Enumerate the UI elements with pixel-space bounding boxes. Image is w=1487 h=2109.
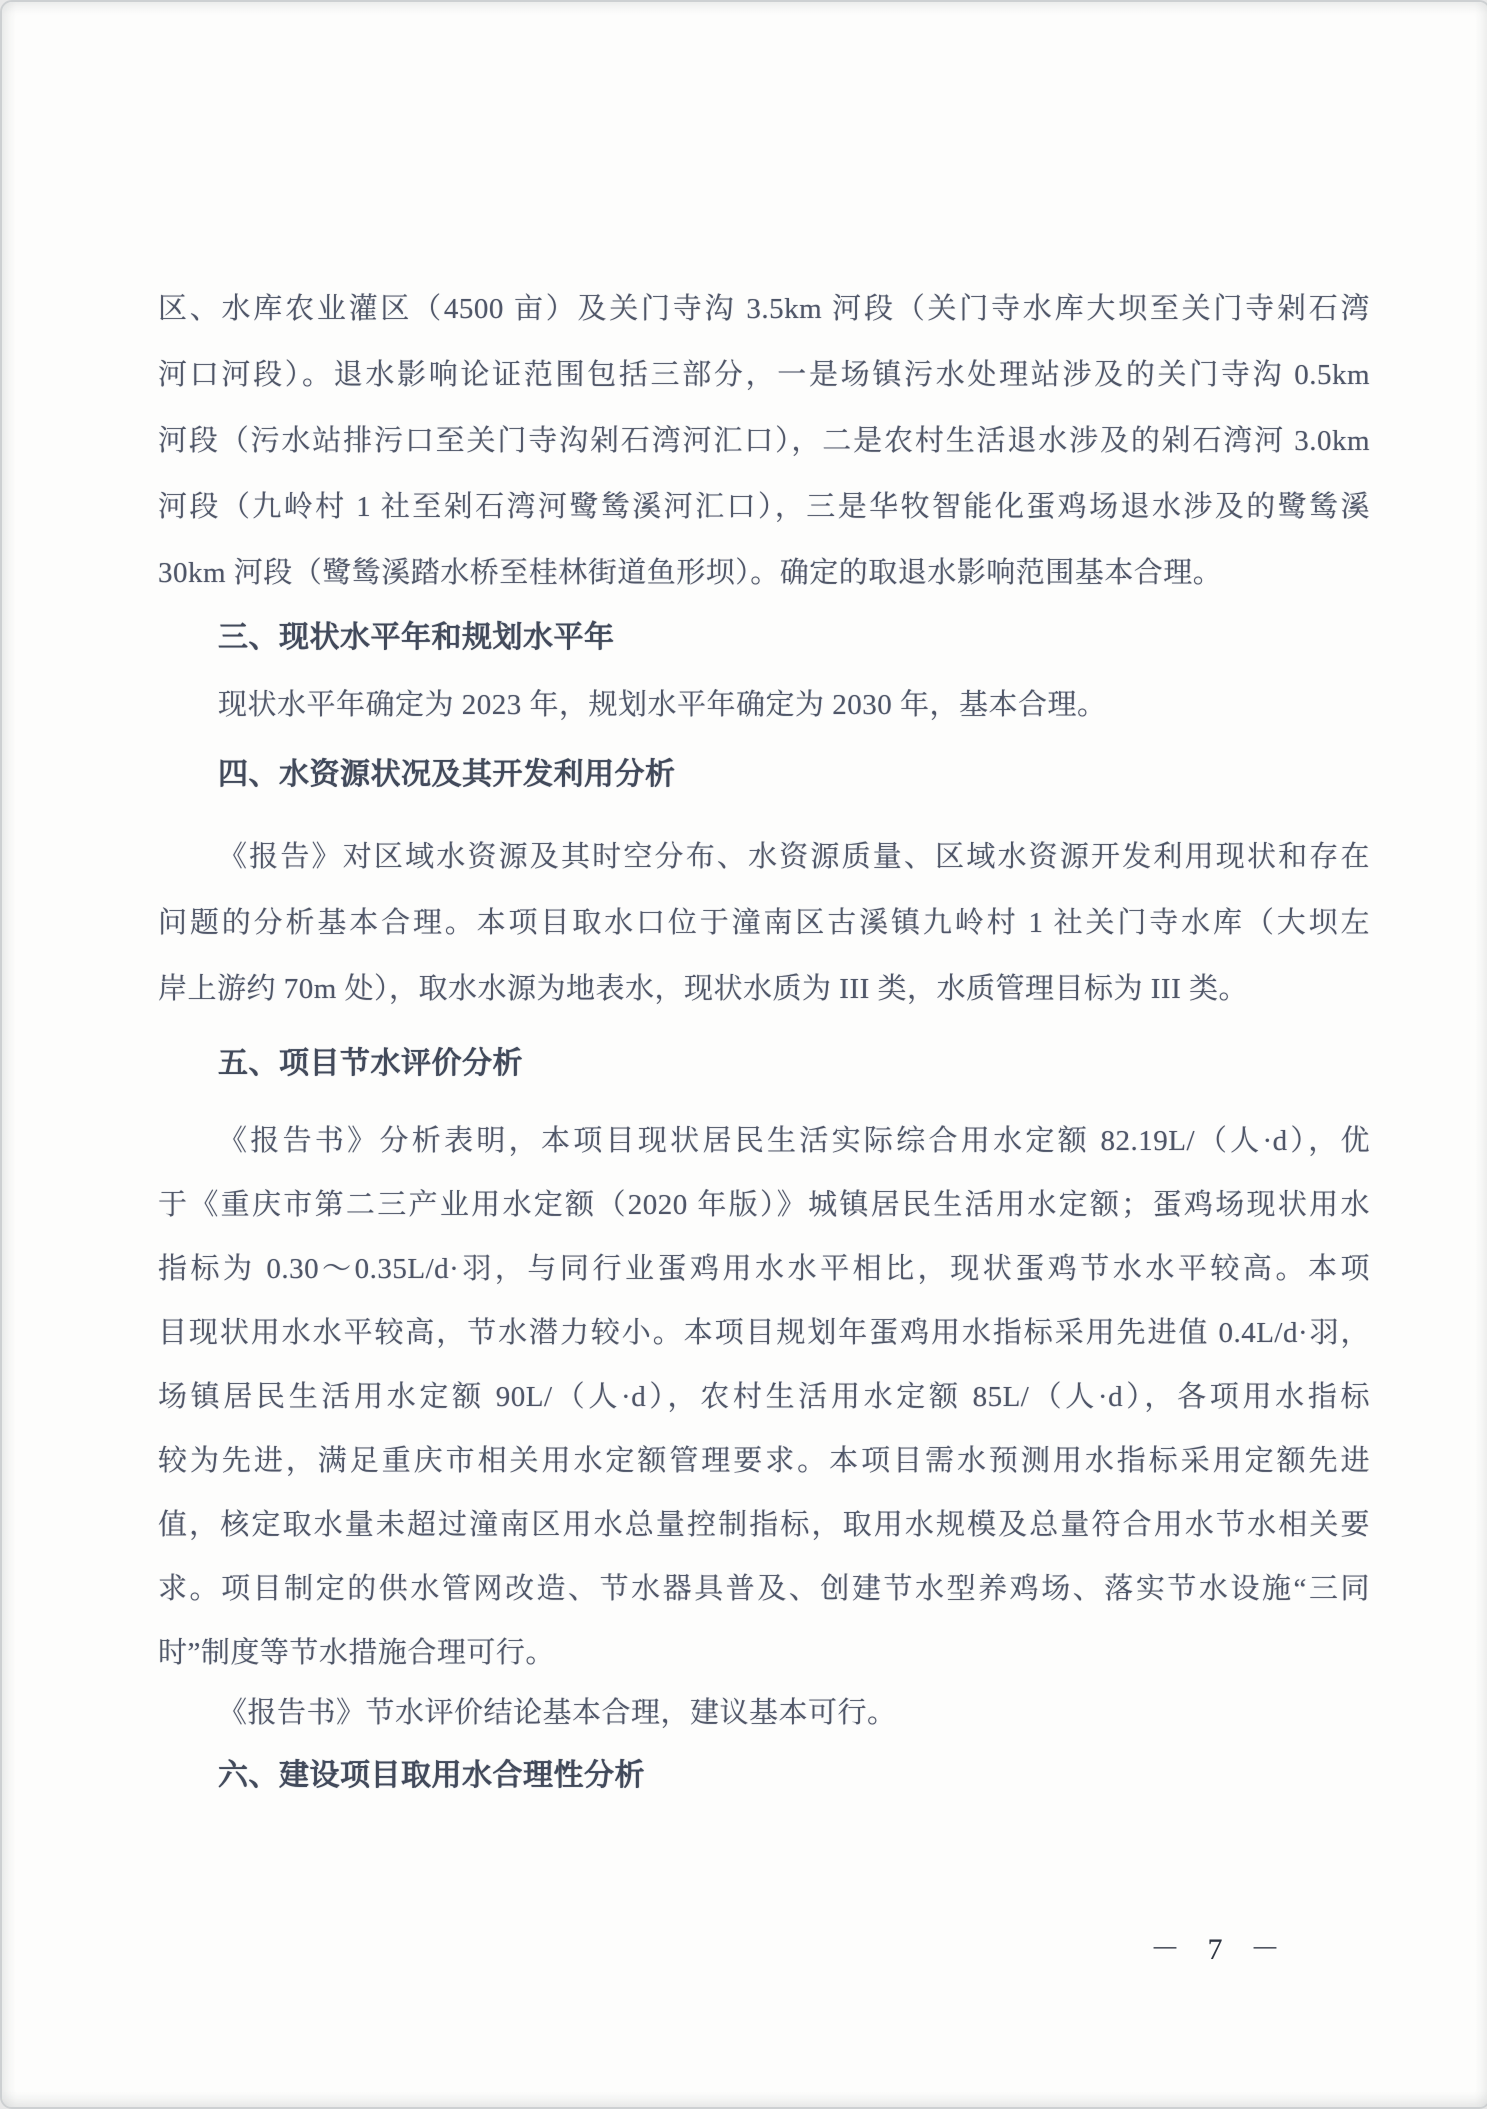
- heading-text: 三、现状水平年和规划水平年: [158, 605, 1370, 671]
- body-line: 值，核定取水量未超过潼南区用水总量控制指标，取用水规模及总量符合用水节水相关要: [158, 1493, 1370, 1557]
- body-line: 场镇居民生活用水定额 90L/（人·d），农村生活用水定额 85L/（人·d），…: [158, 1365, 1370, 1429]
- body-line: 《报告书》分析表明，本项目现状居民生活实际综合用水定额 82.19L/（人·d）…: [158, 1109, 1370, 1173]
- body-line: 岸上游约 70m 处），取水水源为地表水，现状水质为 III 类，水质管理目标为…: [158, 956, 1370, 1022]
- body-line: 《报告》对区域水资源及其时空分布、水资源质量、区域水资源开发利用现状和存在: [158, 824, 1370, 890]
- body-line: 问题的分析基本合理。本项目取水口位于潼南区古溪镇九岭村 1 社关门寺水库（大坝左: [158, 890, 1370, 956]
- body-line: 河段（九岭村 1 社至剁石湾河鹭鸶溪河汇口），三是华牧智能化蛋鸡场退水涉及的鹭鸶…: [158, 474, 1370, 540]
- body-line: 30km 河段（鹭鸶溪踏水桥至桂林街道鱼形坝）。确定的取退水影响范围基本合理。: [158, 540, 1370, 606]
- heading-text: 四、水资源状况及其开发利用分析: [158, 742, 1370, 808]
- body-line: 目现状用水水平较高，节水潜力较小。本项目规划年蛋鸡用水指标采用先进值 0.4L/…: [158, 1301, 1370, 1365]
- section-heading-5: 五、项目节水评价分析: [158, 1031, 1370, 1097]
- body-line: 区、水库农业灌区（4500 亩）及关门寺沟 3.5km 河段（关门寺水库大坝至关…: [158, 276, 1370, 342]
- scan-page: 区、水库农业灌区（4500 亩）及关门寺沟 3.5km 河段（关门寺水库大坝至关…: [0, 0, 1487, 2109]
- heading-text: 六、建设项目取用水合理性分析: [158, 1743, 1370, 1809]
- paragraph-scope: 区、水库农业灌区（4500 亩）及关门寺沟 3.5km 河段（关门寺水库大坝至关…: [158, 276, 1370, 606]
- section-heading-3: 三、现状水平年和规划水平年: [158, 605, 1370, 671]
- body-line: 较为先进，满足重庆市相关用水定额管理要求。本项目需水预测用水指标采用定额先进: [158, 1429, 1370, 1493]
- page-number: － 7 －: [1150, 1924, 1290, 1968]
- body-line: 求。项目制定的供水管网改造、节水器具普及、创建节水型养鸡场、落实节水设施“三同: [158, 1557, 1370, 1621]
- paragraph-level-year: 现状水平年确定为 2023 年，规划水平年确定为 2030 年，基本合理。: [158, 672, 1370, 738]
- section-heading-4: 四、水资源状况及其开发利用分析: [158, 742, 1370, 808]
- paragraph-water-resources: 《报告》对区域水资源及其时空分布、水资源质量、区域水资源开发利用现状和存在 问题…: [158, 824, 1370, 1022]
- body-line: 河口河段）。退水影响论证范围包括三部分，一是场镇污水处理站涉及的关门寺沟 0.5…: [158, 342, 1370, 408]
- paragraph-water-saving: 《报告书》分析表明，本项目现状居民生活实际综合用水定额 82.19L/（人·d）…: [158, 1109, 1370, 1685]
- body-line: 时”制度等节水措施合理可行。: [158, 1621, 1370, 1685]
- section-heading-6: 六、建设项目取用水合理性分析: [158, 1743, 1370, 1809]
- body-line: 指标为 0.30～0.35L/d·羽，与同行业蛋鸡用水水平相比，现状蛋鸡节水水平…: [158, 1237, 1370, 1301]
- heading-text: 五、项目节水评价分析: [158, 1031, 1370, 1097]
- body-line: 现状水平年确定为 2023 年，规划水平年确定为 2030 年，基本合理。: [158, 672, 1370, 738]
- body-line: 河段（污水站排污口至关门寺沟剁石湾河汇口），二是农村生活退水涉及的剁石湾河 3.…: [158, 408, 1370, 474]
- paragraph-saving-conclusion: 《报告书》节水评价结论基本合理，建议基本可行。: [158, 1681, 1370, 1745]
- body-line: 《报告书》节水评价结论基本合理，建议基本可行。: [158, 1681, 1370, 1745]
- body-line: 于《重庆市第二三产业用水定额（2020 年版）》城镇居民生活用水定额；蛋鸡场现状…: [158, 1173, 1370, 1237]
